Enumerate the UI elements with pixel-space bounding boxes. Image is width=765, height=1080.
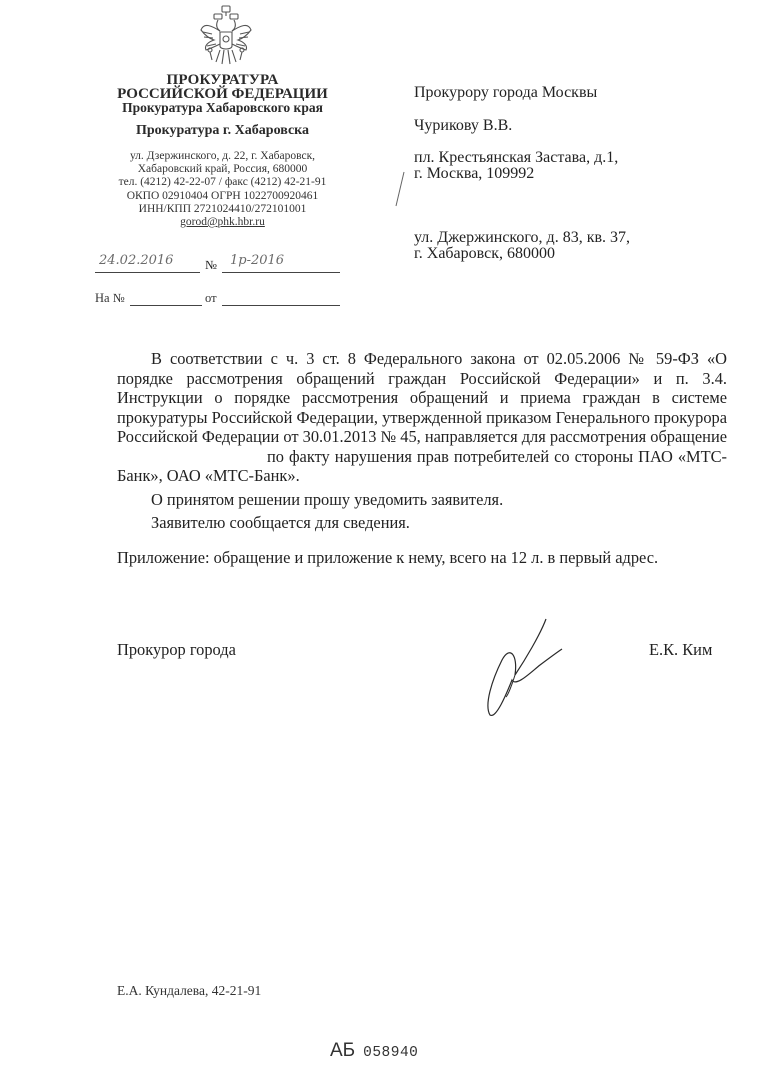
executor-contact: Е.А. Кундалева, 42-21-91 <box>117 983 261 999</box>
attachment-paragraph: Приложение: обращение и приложение к нем… <box>117 549 727 566</box>
okpo-ogrn-line: ОКПО 02910404 ОГРН 1022700920461 <box>85 190 360 203</box>
form-number: 058940 <box>363 1045 418 1061</box>
info-paragraph: Заявителю сообщается для сведения. <box>117 513 727 533</box>
date-underline <box>95 272 200 273</box>
org-address-block: ул. Дзержинского, д. 22, г. Хабаровск, Х… <box>85 150 360 229</box>
reply-from-underline <box>222 305 340 306</box>
reply-reference-line: На № от <box>95 291 340 307</box>
registration-date: 24.02.2016 <box>99 253 173 268</box>
russian-coat-of-arms-icon <box>198 4 254 68</box>
addressee-name: Чурикову В.В. <box>414 118 512 134</box>
main-paragraph-text-1: В соответствии с ч. 3 ст. 8 Федерального… <box>117 349 727 446</box>
reply-no-label: На № <box>95 291 125 306</box>
address-line: Хабаровский край, Россия, 680000 <box>85 163 360 176</box>
notify-paragraph: О принятом решении прошу уведомить заяви… <box>117 490 727 510</box>
applicant-street: ул. Джержинского, д. 83, кв. 37, <box>414 230 630 246</box>
org-name-line-4: Прокуратура г. Хабаровска <box>85 123 360 138</box>
handwritten-signature-icon <box>470 615 570 725</box>
addressee-city: г. Москва, 109992 <box>414 166 534 182</box>
org-name-line-3: Прокуратура Хабаровского края <box>85 101 360 115</box>
registration-number: 1р-2016 <box>230 253 284 268</box>
addressee-street: пл. Крестьянская Застава, д.1, <box>414 150 618 166</box>
registration-line: 24.02.2016 № 1р-2016 <box>95 253 340 275</box>
letter-body: В соответствии с ч. 3 ст. 8 Федерального… <box>117 349 727 566</box>
pen-mark-icon <box>390 170 410 210</box>
number-label: № <box>205 258 217 273</box>
email-link[interactable]: gorod@phk.hbr.ru <box>180 216 265 228</box>
reply-from-label: от <box>205 291 217 306</box>
applicant-city: г. Хабаровск, 680000 <box>414 246 555 262</box>
reply-no-underline <box>130 305 202 306</box>
addressee-title: Прокурору города Москвы <box>414 85 597 101</box>
inn-kpp-line: ИНН/КПП 2721024410/272101001 <box>85 203 360 216</box>
number-underline <box>222 272 340 273</box>
main-paragraph: В соответствии с ч. 3 ст. 8 Федерального… <box>117 349 727 486</box>
address-line: ул. Дзержинского, д. 22, г. Хабаровск, <box>85 150 360 163</box>
phone-fax-line: тел. (4212) 42-22-07 / факс (4212) 42-21… <box>85 176 360 189</box>
main-paragraph-text-2: по факту нарушения прав потребителей со … <box>117 447 727 486</box>
form-serial: АБ058940 <box>330 1040 418 1062</box>
signatory-name: Е.К. Ким <box>649 640 712 660</box>
form-series: АБ <box>330 1040 355 1061</box>
signatory-position: Прокурор города <box>117 640 236 660</box>
